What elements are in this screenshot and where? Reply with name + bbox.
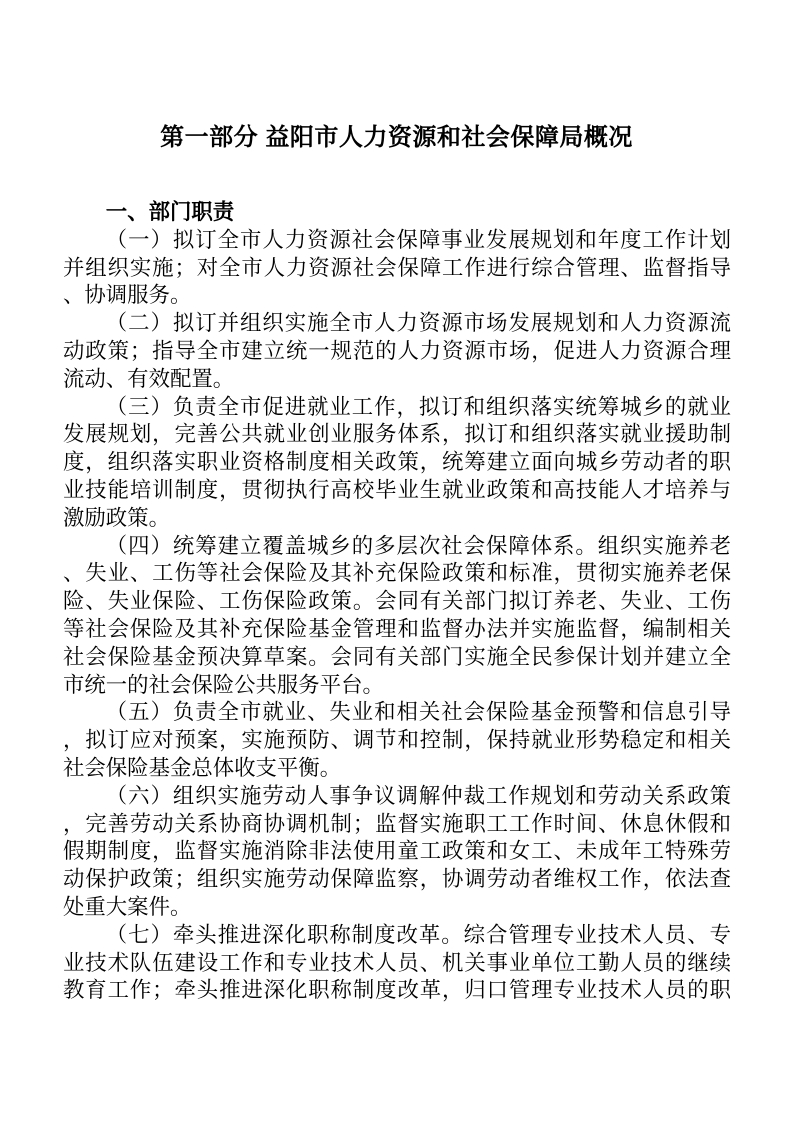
text-line: 流动、有效配置。: [63, 366, 731, 394]
text-line: 社会保险基金总体收支平衡。: [63, 755, 731, 783]
document-title: 第一部分 益阳市人力资源和社会保障局概况: [0, 121, 793, 155]
text-line: 发展规划，完善公共就业创业服务体系，拟订和组织落实就业援助制: [63, 421, 731, 449]
paragraph: （四）统筹建立覆盖城乡的多层次社会保障体系。组织实施养老、失业、工伤等社会保险及…: [63, 533, 731, 700]
text-line: 市统一的社会保险公共服务平台。: [63, 672, 731, 700]
paragraph: （一）拟订全市人力资源社会保障事业发展规划和年度工作计划并组织实施；对全市人力资…: [63, 227, 731, 310]
text-line: ，完善劳动关系协商协调机制；监督实施职工工作时间、休息休假和: [63, 811, 731, 839]
text-line: 动政策；指导全市建立统一规范的人力资源市场，促进人力资源合理: [63, 338, 731, 366]
text-line: 处重大案件。: [63, 894, 731, 922]
text-line: 、协调服务。: [63, 282, 731, 310]
paragraph: （七）牵头推进深化职称制度改革。综合管理专业技术人员、专业技术队伍建设工作和专业…: [63, 922, 731, 1005]
text-line: （一）拟订全市人力资源社会保障事业发展规划和年度工作计划: [63, 227, 731, 255]
text-line: （二）拟订并组织实施全市人力资源市场发展规划和人力资源流: [63, 310, 731, 338]
document-page: 第一部分 益阳市人力资源和社会保障局概况 一、部门职责 （一）拟订全市人力资源社…: [0, 0, 793, 1122]
text-line: 教育工作；牵头推进深化职称制度改革，归口管理专业技术人员的职: [63, 977, 731, 1005]
text-line: 动保护政策；组织实施劳动保障监察，协调劳动者维权工作，依法查: [63, 866, 731, 894]
text-line: 并组织实施；对全市人力资源社会保障工作进行综合管理、监督指导: [63, 255, 731, 283]
text-line: （三）负责全市促进就业工作，拟订和组织落实统筹城乡的就业: [63, 394, 731, 422]
text-line: （六）组织实施劳动人事争议调解仲裁工作规划和劳动关系政策: [63, 783, 731, 811]
text-line: 业技能培训制度，贯彻执行高校毕业生就业政策和高技能人才培养与: [63, 477, 731, 505]
text-line: 险、失业保险、工伤保险政策。会同有关部门拟订养老、失业、工伤: [63, 588, 731, 616]
text-line: 、失业、工伤等社会保险及其补充保险政策和标准，贯彻实施养老保: [63, 560, 731, 588]
text-line: 假期制度，监督实施消除非法使用童工政策和女工、未成年工特殊劳: [63, 838, 731, 866]
paragraph: （六）组织实施劳动人事争议调解仲裁工作规划和劳动关系政策，完善劳动关系协商协调机…: [63, 783, 731, 922]
text-line: ，拟订应对预案，实施预防、调节和控制，保持就业形势稳定和相关: [63, 727, 731, 755]
text-line: 等社会保险及其补充保险基金管理和监督办法并实施监督，编制相关: [63, 616, 731, 644]
paragraph: （五）负责全市就业、失业和相关社会保险基金预警和信息引导，拟订应对预案，实施预防…: [63, 699, 731, 782]
paragraph: （二）拟订并组织实施全市人力资源市场发展规划和人力资源流动政策；指导全市建立统一…: [63, 310, 731, 393]
text-line: 业技术队伍建设工作和专业技术人员、机关事业单位工勤人员的继续: [63, 950, 731, 978]
text-line: 社会保险基金预决算草案。会同有关部门实施全民参保计划并建立全: [63, 644, 731, 672]
text-line: （四）统筹建立覆盖城乡的多层次社会保障体系。组织实施养老: [63, 533, 731, 561]
text-line: 激励政策。: [63, 505, 731, 533]
text-line: （七）牵头推进深化职称制度改革。综合管理专业技术人员、专: [63, 922, 731, 950]
text-line: 度，组织落实职业资格制度相关政策，统筹建立面向城乡劳动者的职: [63, 449, 731, 477]
paragraph: （三）负责全市促进就业工作，拟订和组织落实统筹城乡的就业发展规划，完善公共就业创…: [63, 394, 731, 533]
text-line: （五）负责全市就业、失业和相关社会保险基金预警和信息引导: [63, 699, 731, 727]
section-heading: 一、部门职责: [63, 199, 731, 227]
document-body: 一、部门职责 （一）拟订全市人力资源社会保障事业发展规划和年度工作计划并组织实施…: [63, 199, 731, 1005]
